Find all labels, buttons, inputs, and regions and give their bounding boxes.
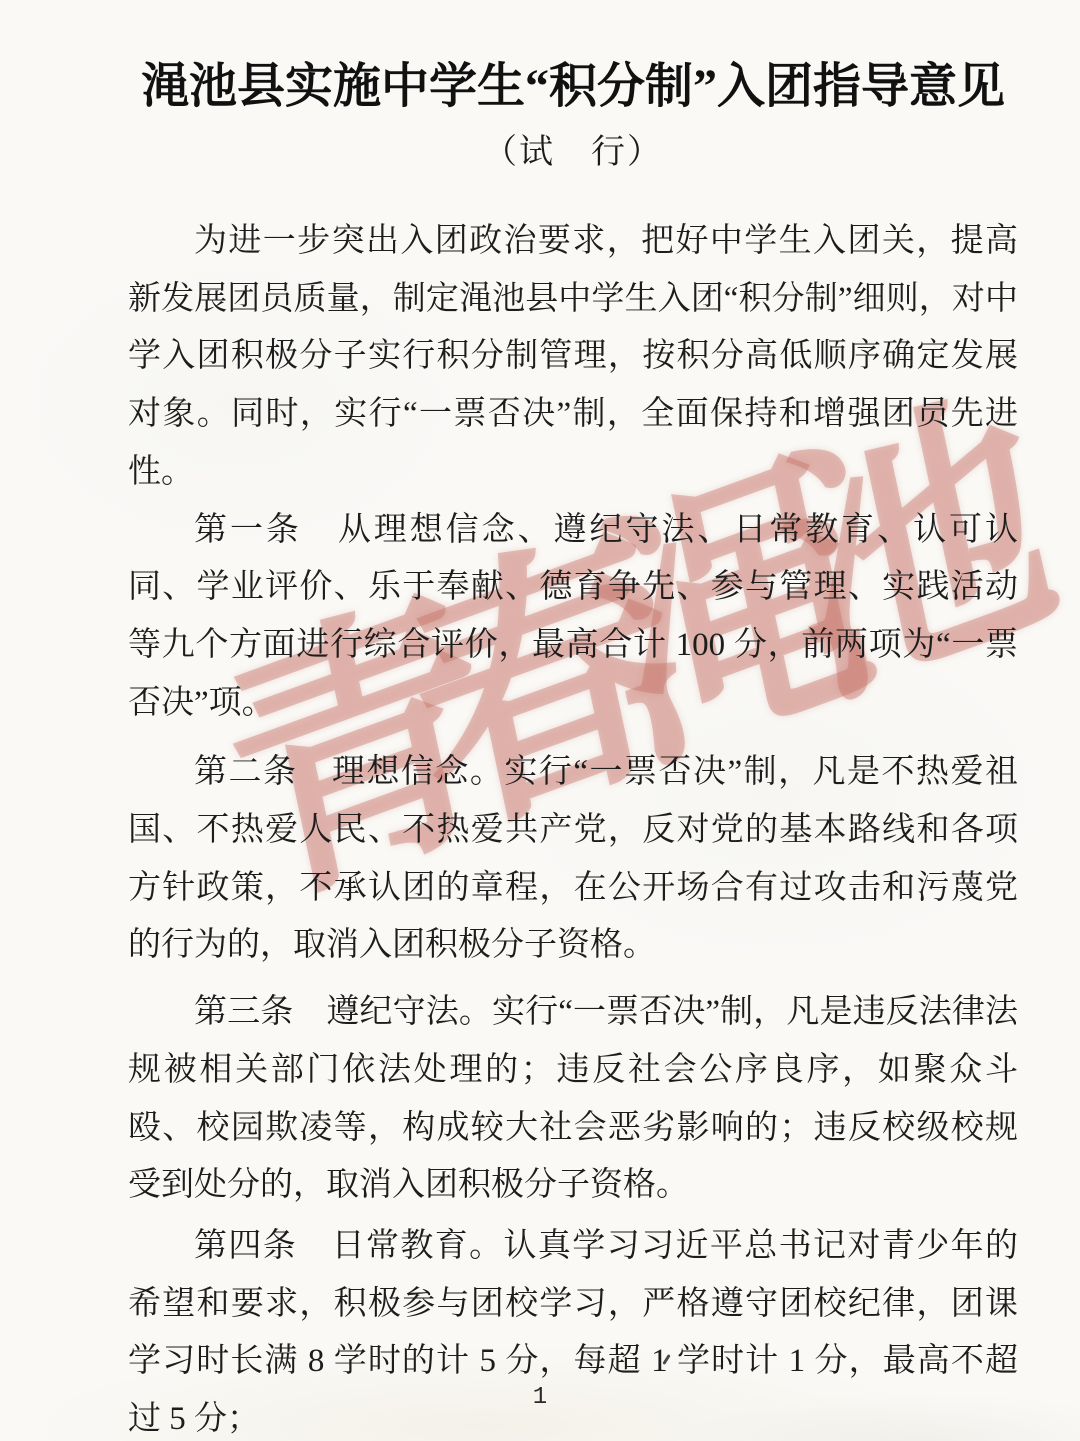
document-page: 青春渑池 渑池县实施中学生“积分制”入团指导意见 （试 行） 为进一步突出入团政…: [0, 0, 1080, 1441]
page-number: 1: [0, 1384, 1080, 1411]
paragraph-article-3: 第三条 遵纪守法。实行“一票否决”制，凡是违反法律法规被相关部门依法处理的；违反…: [128, 984, 1018, 1215]
paragraph-article-1: 第一条 从理想信念、遵纪守法、日常教育、认可认同、学业评价、乐于奉献、德育争先、…: [128, 502, 1018, 733]
document-title: 渑池县实施中学生“积分制”入团指导意见: [128, 58, 1018, 116]
paragraph-article-2: 第二条 理想信念。实行“一票否决”制，凡是不热爱祖国、不热爱人民、不热爱共产党，…: [128, 744, 1018, 975]
document-subtitle: （试 行）: [128, 124, 1018, 173]
paragraph-intro: 为进一步突出入团政治要求，把好中学生入团关，提高新发展团员质量，制定渑池县中学生…: [128, 213, 1018, 502]
document-body: 为进一步突出入团政治要求，把好中学生入团关，提高新发展团员质量，制定渑池县中学生…: [128, 213, 1018, 1441]
